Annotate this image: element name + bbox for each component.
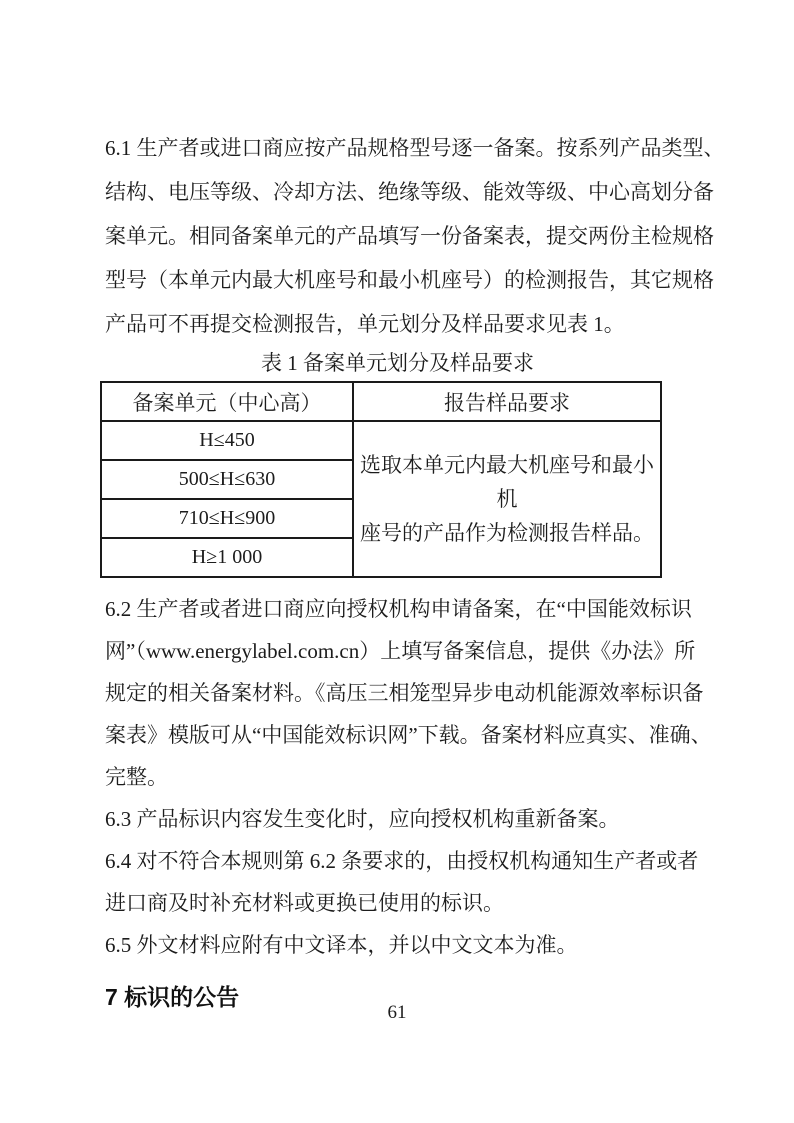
text-line: 型号（本单元内最大机座号和最小机座号）的检测报告，其它规格 xyxy=(105,258,690,302)
unit-range-cell: 500≤H≤630 xyxy=(101,460,353,499)
text-line: 座号的产品作为检测报告样品。 xyxy=(354,516,660,550)
paragraph-6-2: 6.2 生产者或者进口商应向授权机构申请备案，在“中国能效标识 网”（www.e… xyxy=(105,588,690,798)
text-line: 规定的相关备案材料。《高压三相笼型异步电动机能源效率标识备 xyxy=(105,672,690,714)
text-line: 网”（www.energylabel.com.cn）上填写备案信息，提供《办法》… xyxy=(105,630,690,672)
document-body: 6.1 生产者或进口商应按产品规格型号逐一备案。按系列产品类型、 结构、电压等级… xyxy=(105,126,690,1012)
table-1: 备案单元（中心高） 报告样品要求 H≤450 选取本单元内最大机座号和最小机 座… xyxy=(100,381,662,578)
table-row: H≤450 选取本单元内最大机座号和最小机 座号的产品作为检测报告样品。 xyxy=(101,421,661,460)
table-header-sample: 报告样品要求 xyxy=(353,382,661,421)
table-1-caption: 表 1 备案单元划分及样品要求 xyxy=(105,348,690,378)
table-header-unit: 备案单元（中心高） xyxy=(101,382,353,421)
text-line: 案单元。相同备案单元的产品填写一份备案表，提交两份主检规格 xyxy=(105,214,690,258)
paragraph-6-5: 6.5 外文材料应附有中文译本，并以中文文本为准。 xyxy=(105,924,690,966)
unit-range-cell: H≥1 000 xyxy=(101,538,353,577)
text-line: 6.4 对不符合本规则第 6.2 条要求的，由授权机构通知生产者或者 xyxy=(105,840,690,882)
text-line: 选取本单元内最大机座号和最小机 xyxy=(354,448,660,516)
text-line: 案表》模版可从“中国能效标识网”下载。备案材料应真实、准确、 xyxy=(105,714,690,756)
text-line: 完整。 xyxy=(105,756,690,798)
table-header-row: 备案单元（中心高） 报告样品要求 xyxy=(101,382,661,421)
sample-requirement-cell: 选取本单元内最大机座号和最小机 座号的产品作为检测报告样品。 xyxy=(353,421,661,577)
text-line: 6.1 生产者或进口商应按产品规格型号逐一备案。按系列产品类型、 xyxy=(105,126,690,170)
text-line: 进口商及时补充材料或更换已使用的标识。 xyxy=(105,882,690,924)
text-line: 产品可不再提交检测报告，单元划分及样品要求见表 1。 xyxy=(105,302,690,346)
unit-range-cell: 710≤H≤900 xyxy=(101,499,353,538)
paragraph-6-4: 6.4 对不符合本规则第 6.2 条要求的，由授权机构通知生产者或者 进口商及时… xyxy=(105,840,690,924)
paragraph-6-1: 6.1 生产者或进口商应按产品规格型号逐一备案。按系列产品类型、 结构、电压等级… xyxy=(105,126,690,346)
unit-range-cell: H≤450 xyxy=(101,421,353,460)
text-line: 6.3 产品标识内容发生变化时，应向授权机构重新备案。 xyxy=(105,798,690,840)
text-line: 结构、电压等级、冷却方法、绝缘等级、能效等级、中心高划分备 xyxy=(105,170,690,214)
page-number: 61 xyxy=(0,1002,794,1024)
paragraph-6-3: 6.3 产品标识内容发生变化时，应向授权机构重新备案。 xyxy=(105,798,690,840)
text-line: 6.5 外文材料应附有中文译本，并以中文文本为准。 xyxy=(105,924,690,966)
text-line: 6.2 生产者或者进口商应向授权机构申请备案，在“中国能效标识 xyxy=(105,588,690,630)
spacer xyxy=(105,578,690,588)
